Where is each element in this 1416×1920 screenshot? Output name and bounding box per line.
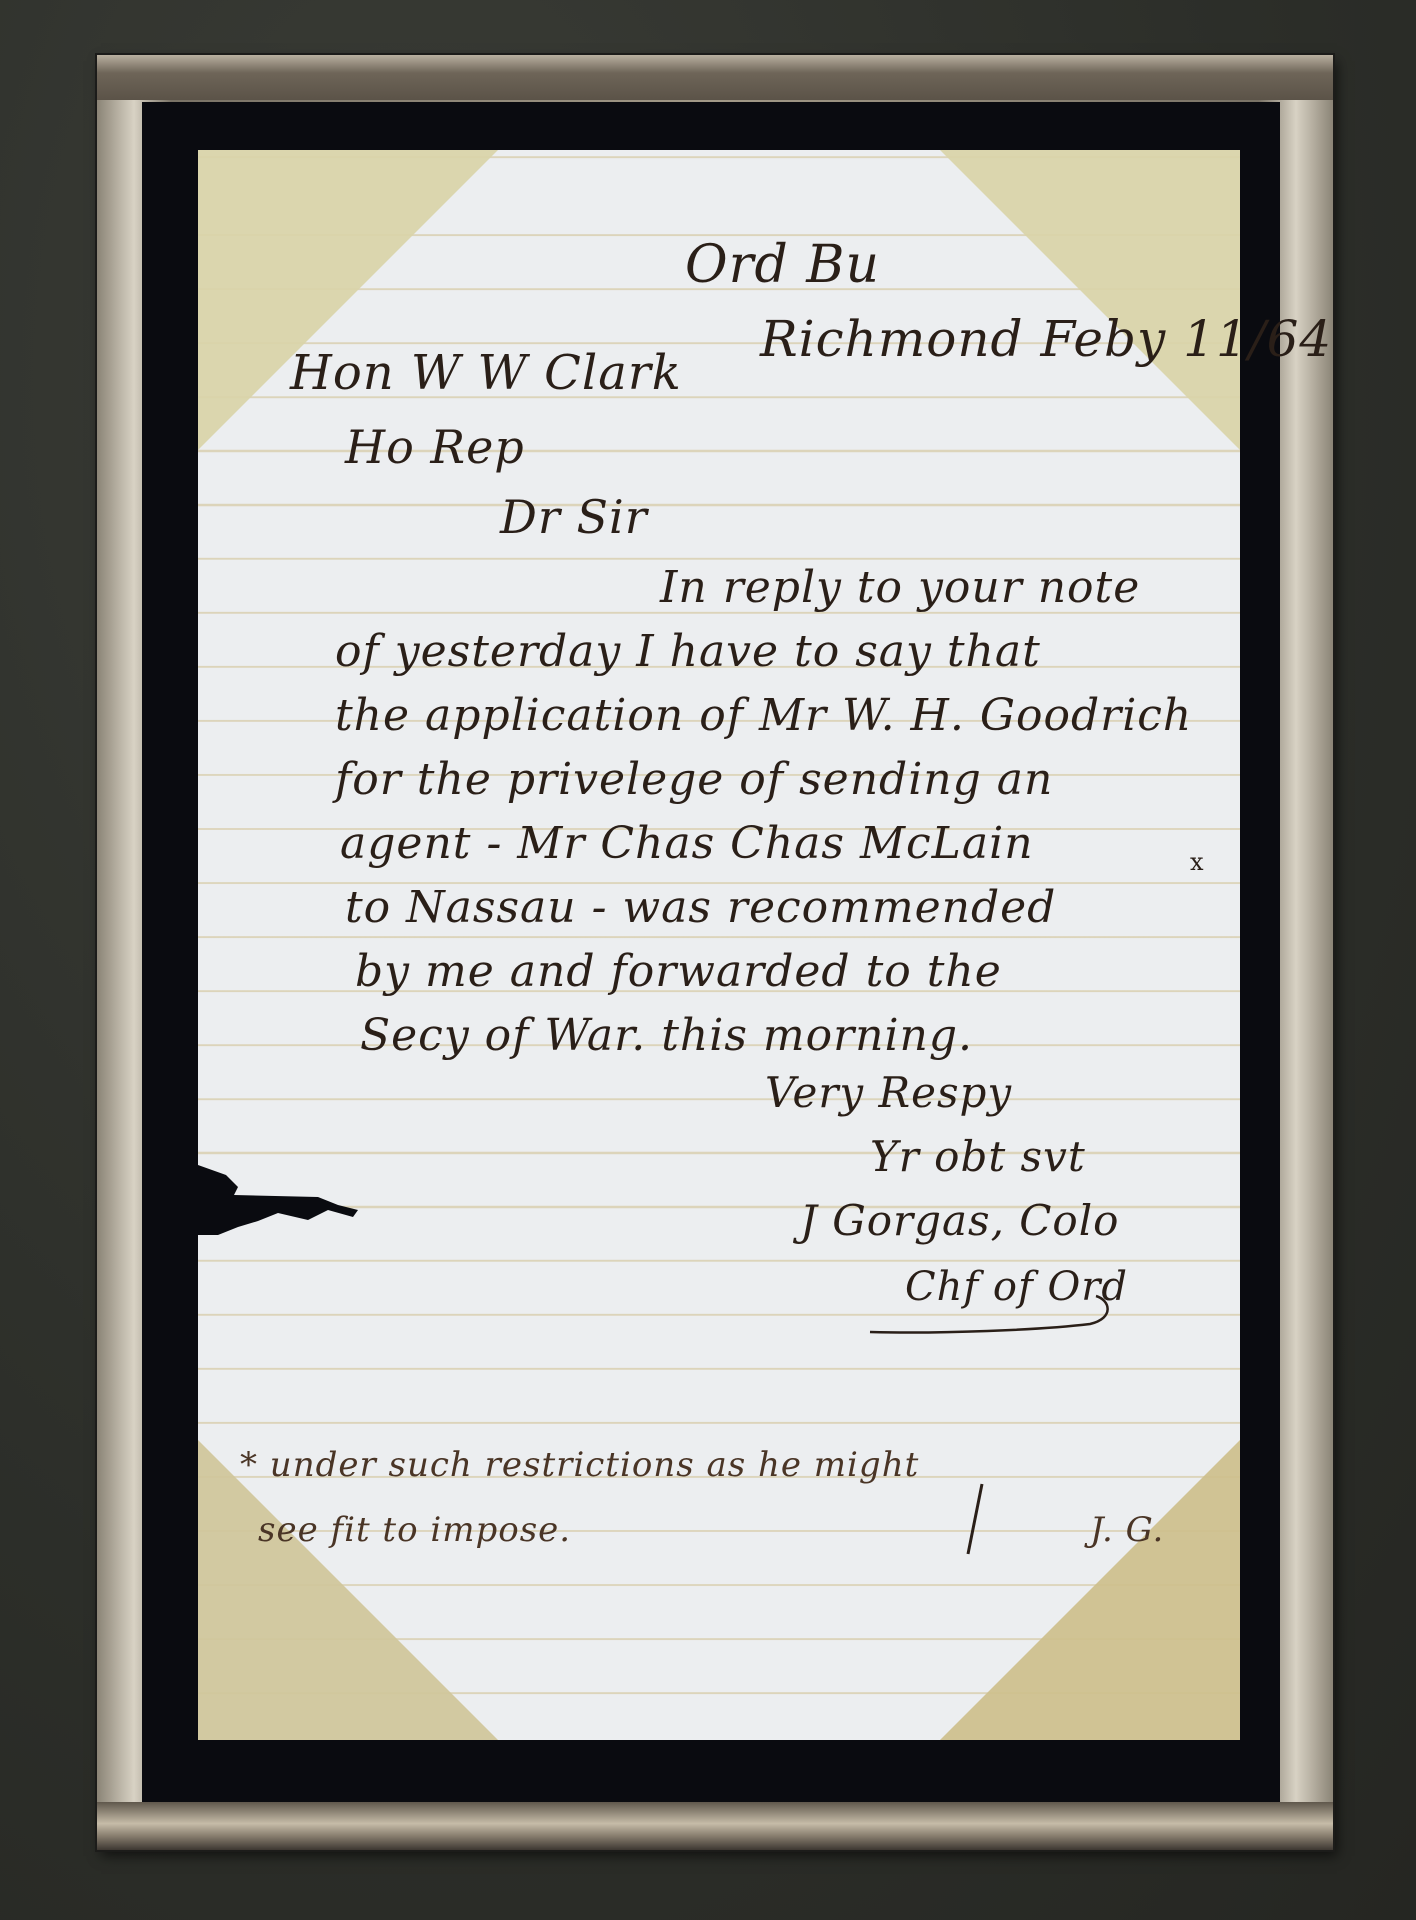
insertion-mark: x [1190,848,1205,876]
body-line: of yesterday I have to say that [335,626,1041,677]
closing-line: Yr obt svt [870,1132,1086,1181]
body-line: the application of Mr W. H. Goodrich [335,690,1192,741]
corner-mount-bottom-left [198,1440,498,1740]
salutation: Dr Sir [500,490,648,544]
postscript-line: see fit to impose. [258,1510,571,1550]
postscript-line: * under such restrictions as he might [240,1445,919,1485]
body-line: for the privelege of sending an [335,754,1053,805]
signature-flourish [860,1290,1120,1340]
closing-line: Very Respy [765,1068,1012,1117]
body-line: Secy of War. this morning. [360,1010,973,1061]
postscript-initials: J. G. [1090,1510,1164,1550]
body-line: agent - Mr Chas Chas McLain [340,818,1034,869]
corner-mount-top-left [198,150,498,450]
header-office: Ord Bu [685,235,880,295]
header-place-date: Richmond Feby 11/64 [760,310,1332,368]
body-line: to Nassau - was recommended [345,882,1056,933]
postscript-divider-stroke [960,1480,990,1560]
frame-bottom-molding [97,1802,1333,1850]
corner-mount-top-right [940,150,1240,450]
body-line: by me and forwarded to the [355,946,1002,997]
addressee-name: Hon W W Clark [290,345,682,401]
signature: J Gorgas, Colo [800,1196,1119,1245]
body-line: In reply to your note [660,562,1140,613]
paper-tear-damage [198,1165,368,1235]
addressee-title: Ho Rep [345,420,525,474]
frame-top-molding [97,55,1333,100]
